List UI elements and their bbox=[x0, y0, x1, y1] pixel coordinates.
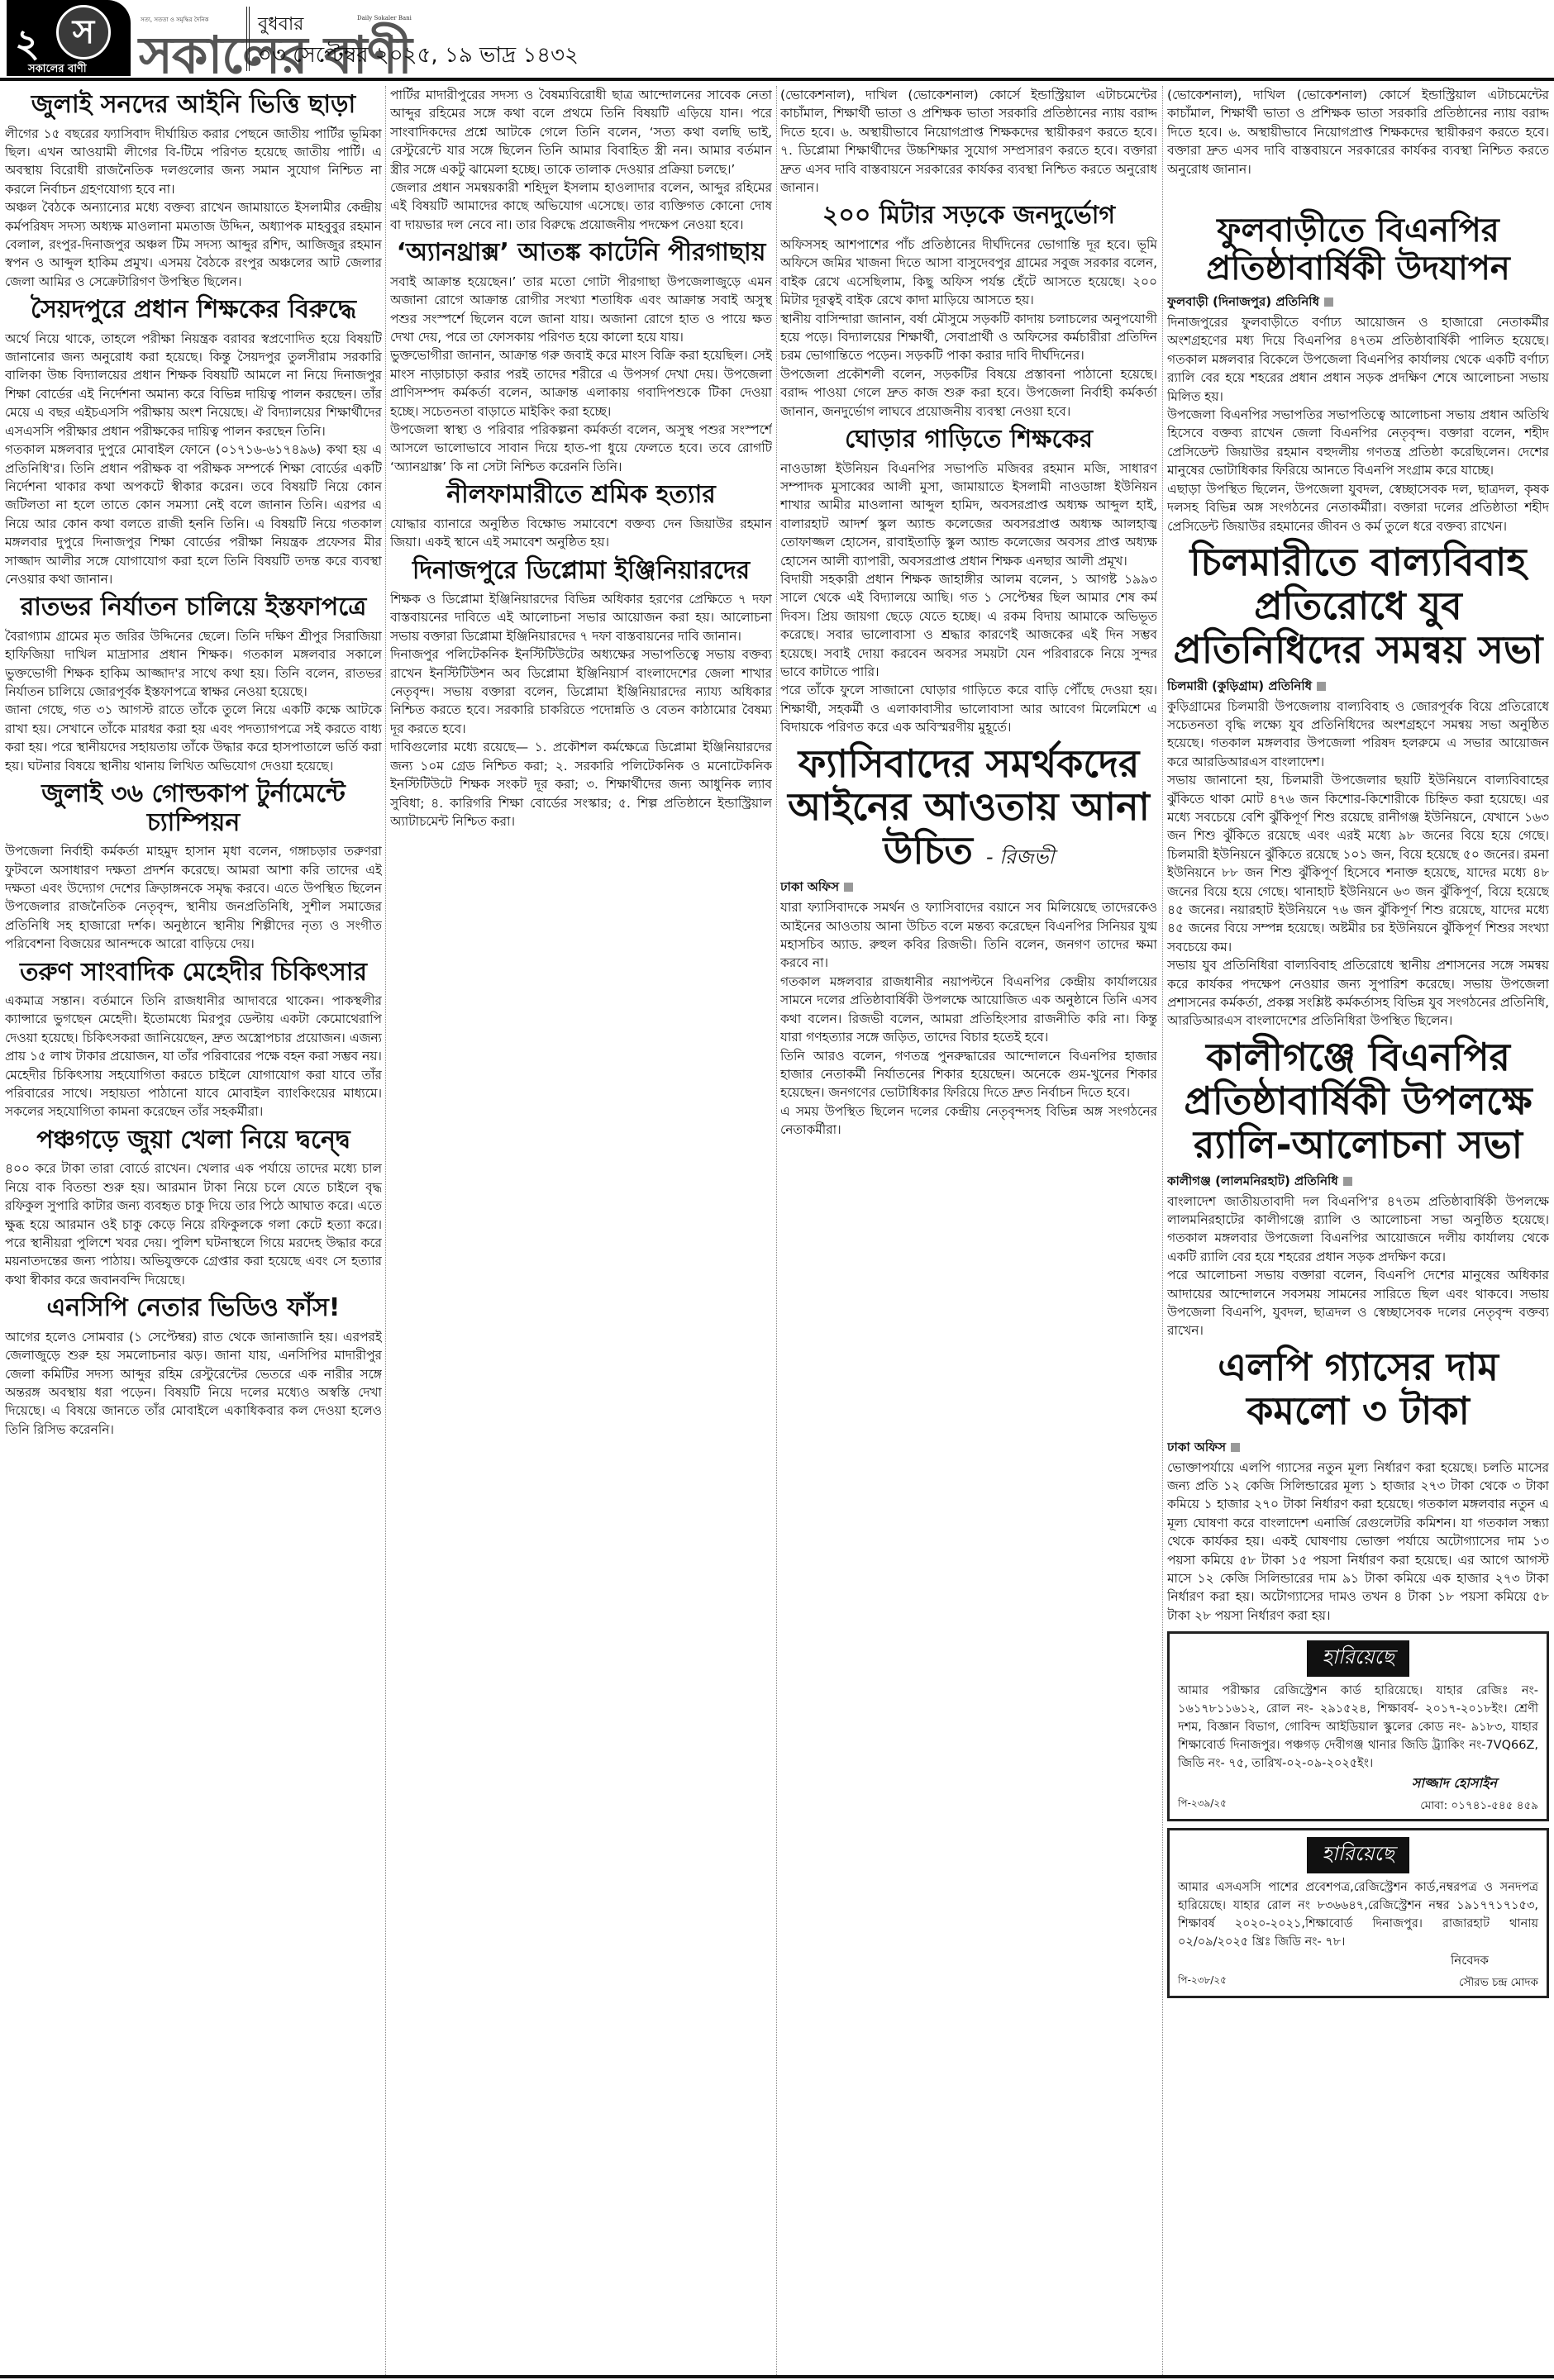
headline: দিনাজপুরে ডিপ্লোমা ইঞ্জিনিয়ারদের bbox=[390, 557, 772, 586]
logo-caption: সকালের বাণী bbox=[28, 61, 87, 79]
byline-square-icon bbox=[844, 883, 853, 892]
column-1: জুলাই সনদের আইনি ভিত্তি ছাড়া লীগের ১৫ ব… bbox=[5, 86, 382, 2377]
issue-date: ০৩ সেপ্টেম্বর ২০২৫, ১৯ ভাদ্র ১৪৩২ bbox=[258, 38, 579, 74]
article-body: অর্থে নিয়ে থাকে, তাহলে পরীক্ষা নিয়ন্ত্… bbox=[5, 330, 382, 589]
headline: পঞ্চগড়ে জুয়া খেলা নিয়ে দ্বন্দ্বে bbox=[5, 1126, 382, 1155]
paragraph: শিক্ষক ও ডিপ্লোমা ইঞ্জিনিয়ারদের বিভিন্ন… bbox=[390, 590, 772, 645]
article-goldcup-champion: জুলাই ৩৬ গোল্ডকাপ টুর্নামেন্টে চ্যাম্পিয… bbox=[5, 780, 382, 953]
article-body: একমাত্র সন্তান। বর্তমানে তিনি রাজধানীর আ… bbox=[5, 992, 382, 1121]
paragraph: পার্টির মাদারীপুরের সদস্য ও বৈষম্যবিরোধী… bbox=[390, 86, 772, 178]
paragraph: সভায় জানানো হয়, চিলমারী উপজেলার ছয়টি … bbox=[1167, 771, 1549, 956]
article-body: আগের হলেও সোমবার (১ সেপ্টেম্বর) রাত থেকে… bbox=[5, 1328, 382, 1439]
page-number-tab: ২ স সকালের বাণী bbox=[7, 0, 131, 76]
ad-text: আমার এসএসসি পাশের প্রবেশপত্র,রেজিস্ট্রেশ… bbox=[1178, 1878, 1538, 1951]
ad-signer: সৌরভ চন্দ্র মোদক bbox=[1459, 1973, 1538, 1992]
article-fulbari-bnp: ফুলবাড়ীতে বিএনপির প্রতিষ্ঠাবার্ষিকী উদয… bbox=[1167, 212, 1549, 535]
byline-square-icon bbox=[1343, 1177, 1352, 1186]
byline: কালীগঞ্জ (লালমনিরহাট) প্রতিনিধি bbox=[1167, 1172, 1549, 1192]
article-dinajpur-diploma-engineers: দিনাজপুরে ডিপ্লোমা ইঞ্জিনিয়ারদের শিক্ষক… bbox=[390, 557, 772, 831]
byline-square-icon bbox=[1324, 297, 1333, 307]
paragraph: নাওডাঙ্গা ইউনিয়ন বিএনপির সভাপতি মজিবর র… bbox=[780, 459, 1157, 570]
article-diploma-continued: (ভোকেশনাল), দাখিল (ভোকেশনাল) কোর্সে ইন্ড… bbox=[780, 86, 1157, 197]
paragraph: এ সময় উপস্থিত ছিলেন দলের কেন্দ্রীয় নেত… bbox=[780, 1102, 1157, 1140]
ad-title: হারিয়েছে bbox=[1307, 1640, 1409, 1677]
article-body: বৈরাগ্যাম গ্রামের মৃত জরির উদ্দিনের ছেলে… bbox=[5, 627, 382, 775]
article-panchagarh-gambling: পঞ্চগড়ে জুয়া খেলা নিয়ে দ্বন্দ্বে ৪০০ … bbox=[5, 1126, 382, 1289]
paragraph: দিনাজপুরের ফুলবাড়ীতে বর্ণাঢ্য আয়োজন ও … bbox=[1167, 313, 1549, 406]
article-body: সবাই আক্রান্ত হয়েছেন।’ তার মতো গোটা পীর… bbox=[390, 273, 772, 476]
byline-text: ঢাকা অফিস bbox=[780, 879, 839, 894]
paragraph: ৪০০ করে টাকা তারা বোর্ডে রাখেন। খেলার এক… bbox=[5, 1159, 382, 1289]
article-body: (ভোকেশনাল), দাখিল (ভোকেশনাল) কোর্সে ইন্ড… bbox=[780, 86, 1157, 197]
paragraph: দিনাজপুর পলিটেকনিক ইনস্টিটিউটের অধ্যক্ষে… bbox=[390, 645, 772, 738]
masthead-divider bbox=[246, 7, 250, 71]
paragraph: সবাই আক্রান্ত হয়েছেন।’ তার মতো গোটা পীর… bbox=[390, 273, 772, 347]
headline: এনসিপি নেতার ভিডিও ফাঁস! bbox=[5, 1294, 382, 1323]
logo-icon: স bbox=[56, 5, 111, 59]
article-body: উপজেলা নির্বাহী কর্মকর্তা মাহমুদ হাসান ম… bbox=[5, 842, 382, 953]
paragraph: (ভোকেশনাল), দাখিল (ভোকেশনাল) কোর্সে ইন্ড… bbox=[1167, 86, 1549, 178]
byline-text: ঢাকা অফিস bbox=[1167, 1440, 1226, 1454]
byline: ঢাকা অফিস bbox=[780, 878, 1157, 898]
paragraph: উপজেলা নির্বাহী কর্মকর্তা মাহমুদ হাসান ম… bbox=[5, 842, 382, 953]
paragraph: গতকাল মঙ্গলবার দুপুরে মোবাইল ফোনে (০১৭১৬… bbox=[5, 440, 382, 588]
article-body: পার্টির মাদারীপুরের সদস্য ও বৈষম্যবিরোধী… bbox=[390, 86, 772, 234]
byline-square-icon bbox=[1317, 682, 1326, 691]
article-body: যারা ফ্যাসিবাদকে সমর্থন ও ফ্যাসিবাদের বয… bbox=[780, 898, 1157, 1139]
paragraph: কুড়িগ্রামের চিলমারী উপজেলায় বাল্যবিবাহ… bbox=[1167, 697, 1549, 772]
headline: রাতভর নির্যাতন চালিয়ে ইস্তফাপত্রে bbox=[5, 593, 382, 622]
paragraph: গতকাল মঙ্গলবার রাজধানীর নয়াপল্টনে বিএনপ… bbox=[780, 973, 1157, 1047]
article-chilmari-child-marriage: চিলমারীতে বাল্যবিবাহ প্রতিরোধে যুব প্রতি… bbox=[1167, 540, 1549, 1031]
headline: জুলাই ৩৬ গোল্ডকাপ টুর্নামেন্টে চ্যাম্পিয… bbox=[5, 780, 382, 837]
ad-contact: মোবা: ০১৭৪১-৫৪৫ ৪৫৯ bbox=[1420, 1797, 1538, 1816]
masthead-rule bbox=[0, 78, 1554, 81]
headline: জুলাই সনদের আইনি ভিত্তি ছাড়া bbox=[5, 91, 382, 120]
paragraph: উপজেলা প্রকৌশলী বলেন, সড়কটির বিষয়ে প্র… bbox=[780, 365, 1157, 421]
byline-text: ফুলবাড়ী (দিনাজপুর) প্রতিনিধি bbox=[1167, 294, 1319, 309]
ad-title: হারিয়েছে bbox=[1307, 1837, 1409, 1873]
paragraph: জানা গেছে, গত ৩১ আগস্ট রাতে তাঁকে তুলে ন… bbox=[5, 701, 382, 775]
headline: ফুলবাড়ীতে বিএনপির প্রতিষ্ঠাবার্ষিকী উদয… bbox=[1167, 212, 1549, 288]
article-body: শিক্ষক ও ডিপ্লোমা ইঞ্জিনিয়ারদের বিভিন্ন… bbox=[390, 590, 772, 831]
headline: ‘অ্যানথ্রাক্স’ আতঙ্ক কাটেনি পীরগাছায় bbox=[390, 239, 772, 268]
paragraph: একমাত্র সন্তান। বর্তমানে তিনি রাজধানীর আ… bbox=[5, 992, 382, 1066]
headline: কালীগঞ্জে বিএনপির প্রতিষ্ঠাবার্ষিকী উপলক… bbox=[1167, 1035, 1549, 1167]
paragraph: সভায় যুব প্রতিনিধিরা বাল্যবিবাহ প্রতিরো… bbox=[1167, 956, 1549, 1031]
issue-day: বুধবার bbox=[258, 10, 303, 40]
headline: ফ্যাসিবাদের সমর্থকদের আইনের আওতায় আনা উ… bbox=[780, 742, 1157, 873]
column-divider bbox=[776, 86, 777, 2377]
paragraph: উপজেলা বিএনপির সভাপতির সভাপতিত্বে আলোচনা… bbox=[1167, 406, 1549, 480]
byline: ফুলবাড়ী (দিনাজপুর) প্রতিনিধি bbox=[1167, 293, 1549, 313]
article-journalist-treatment: তরুণ সাংবাদিক মেহেদীর চিকিৎসার একমাত্র স… bbox=[5, 959, 382, 1121]
article-overnight-torture: রাতভর নির্যাতন চালিয়ে ইস্তফাপত্রে বৈরাগ… bbox=[5, 593, 382, 775]
paragraph: জেলার প্রধান সমন্বয়কারী শহিদুল ইসলাম হা… bbox=[390, 178, 772, 234]
paragraph: তিনি আরও বলেন, গণতন্ত্র পুনরুদ্ধারের আন্… bbox=[780, 1047, 1157, 1102]
headline: তরুণ সাংবাদিক মেহেদীর চিকিৎসার bbox=[5, 959, 382, 988]
paragraph: স্থানীয় বাসিন্দারা জানান, বর্ষা মৌসুমে … bbox=[780, 310, 1157, 365]
article-anthrax-pirgachha: ‘অ্যানথ্রাক্স’ আতঙ্ক কাটেনি পীরগাছায় সব… bbox=[390, 239, 772, 476]
column-3: (ভোকেশনাল), দাখিল (ভোকেশনাল) কোর্সে ইন্ড… bbox=[780, 86, 1157, 2377]
paragraph: ভুক্তভোগীরা জানান, আক্রান্ত গরু জবাই করে… bbox=[390, 346, 772, 421]
headline: এলপি গ্যাসের দাম কমলো ৩ টাকা bbox=[1167, 1345, 1549, 1433]
paragraph: বিদায়ী সহকারী প্রধান শিক্ষক জাহাঙ্গীর আ… bbox=[780, 570, 1157, 681]
paragraph: এছাড়া উপস্থিত ছিলেন, উপজেলা যুবদল, স্বে… bbox=[1167, 480, 1549, 535]
article-july-charter: জুলাই সনদের আইনি ভিত্তি ছাড়া লীগের ১৫ ব… bbox=[5, 91, 382, 291]
article-horse-cart-teacher: ঘোড়ার গাড়িতে শিক্ষকের নাওডাঙ্গা ইউনিয়… bbox=[780, 426, 1157, 737]
paragraph: আগের হলেও সোমবার (১ সেপ্টেম্বর) রাত থেকে… bbox=[5, 1328, 382, 1439]
paragraph: উপজেলা স্বাস্থ্য ও পরিবার পরিকল্পনা কর্ম… bbox=[390, 421, 772, 476]
ad-signer: সাজ্জাদ হোসাইন bbox=[1178, 1773, 1497, 1795]
article-body: ৪০০ করে টাকা তারা বোর্ডে রাখেন। খেলার এক… bbox=[5, 1159, 382, 1289]
paragraph: ভোক্তাপর্যায়ে এলপি গ্যাসের নতুন মূল্য ন… bbox=[1167, 1459, 1549, 1626]
article-rizvi-fascism: ফ্যাসিবাদের সমর্থকদের আইনের আওতায় আনা উ… bbox=[780, 742, 1157, 1140]
column-2: পার্টির মাদারীপুরের সদস্য ও বৈষম্যবিরোধী… bbox=[390, 86, 772, 2377]
column-divider bbox=[1162, 86, 1163, 2377]
paragraph: বৈরাগ্যাম গ্রামের মৃত জরির উদ্দিনের ছেলে… bbox=[5, 627, 382, 702]
classified-lost-ad: হারিয়েছে আমার এসএসসি পাশের প্রবেশপত্র,র… bbox=[1167, 1828, 1549, 1998]
paragraph: যারা ফ্যাসিবাদকে সমর্থন ও ফ্যাসিবাদের বয… bbox=[780, 898, 1157, 973]
article-body: কুড়িগ্রামের চিলমারী উপজেলায় বাল্যবিবাহ… bbox=[1167, 697, 1549, 1031]
article-body: দিনাজপুরের ফুলবাড়ীতে বর্ণাঢ্য আয়োজন ও … bbox=[1167, 313, 1549, 535]
paragraph: বাংলাদেশ জাতীয়তাবাদী দল বিএনপি'র ৪৭তম প… bbox=[1167, 1192, 1549, 1267]
ad-signer-label: নিবেদক bbox=[1178, 1951, 1489, 1972]
headline-attribution: - রিজভী bbox=[986, 845, 1055, 869]
ad-code: পি-২৩৯/২৫ bbox=[1178, 1797, 1227, 1816]
article-body: লীগের ১৫ বছরের ফ্যাসিবাদ দীর্ঘায়িত করার… bbox=[5, 125, 382, 292]
paragraph: অঞ্চল বৈঠকে অন্যান্যের মধ্যে বক্তব্য রাখ… bbox=[5, 198, 382, 291]
article-lpg-price: এলপি গ্যাসের দাম কমলো ৩ টাকা ঢাকা অফিস ভ… bbox=[1167, 1345, 1549, 1625]
article-body: বাংলাদেশ জাতীয়তাবাদী দল বিএনপি'র ৪৭তম প… bbox=[1167, 1192, 1549, 1340]
paragraph: পরে আলোচনা সভায় বক্তারা বলেন, বিএনপি দে… bbox=[1167, 1266, 1549, 1340]
ad-code: পি-২৩৮/২৫ bbox=[1178, 1973, 1227, 1992]
headline: ঘোড়ার গাড়িতে শিক্ষকের bbox=[780, 426, 1157, 455]
byline-text: চিলমারী (কুড়িগ্রাম) প্রতিনিধি bbox=[1167, 678, 1312, 693]
article-nilphamari-worker-murder: নীলফামারীতে শ্রমিক হত্যার যোদ্ধার ব্যানা… bbox=[390, 481, 772, 551]
paragraph: লীগের ১৫ বছরের ফ্যাসিবাদ দীর্ঘায়িত করার… bbox=[5, 125, 382, 199]
article-200m-road: ২০০ মিটার সড়কে জনদুর্ভোগ অফিসসহ আশপাশের… bbox=[780, 202, 1157, 421]
masthead: ২ স সকালের বাণী সত্য, সততা ও সমৃদ্ধির দৈ… bbox=[0, 0, 1554, 76]
byline-text: কালীগঞ্জ (লালমনিরহাট) প্রতিনিধি bbox=[1167, 1173, 1338, 1188]
paragraph: দাবিগুলোর মধ্যে রয়েছে— ১. প্রকৌশল কর্মক… bbox=[390, 738, 772, 831]
article-ncp-video-continued: পার্টির মাদারীপুরের সদস্য ও বৈষম্যবিরোধী… bbox=[390, 86, 772, 234]
ad-text: আমার পরীক্ষার রেজিস্ট্রেশন কার্ড হারিয়ে… bbox=[1178, 1682, 1538, 1773]
page-bottom-rule bbox=[0, 2375, 1554, 2378]
headline-text: ফ্যাসিবাদের সমর্থকদের আইনের আওতায় আনা উ… bbox=[788, 741, 1150, 873]
headline: ২০০ মিটার সড়কে জনদুর্ভোগ bbox=[780, 202, 1157, 231]
column-4: (ভোকেশনাল), দাখিল (ভোকেশনাল) কোর্সে ইন্ড… bbox=[1167, 86, 1549, 2377]
paragraph: মেহেদীর চিকিৎসায় সহযোগিতা করতে চাইলে যো… bbox=[5, 1066, 382, 1121]
article-kaliganj-bnp: কালীগঞ্জে বিএনপির প্রতিষ্ঠাবার্ষিকী উপলক… bbox=[1167, 1035, 1549, 1340]
article-body: অফিসসহ আশপাশের পাঁচ প্রতিষ্ঠানের দীর্ঘদি… bbox=[780, 236, 1157, 421]
article-body: ভোক্তাপর্যায়ে এলপি গ্যাসের নতুন মূল্য ন… bbox=[1167, 1459, 1549, 1626]
byline: চিলমারী (কুড়িগ্রাম) প্রতিনিধি bbox=[1167, 677, 1549, 697]
article-body: নাওডাঙ্গা ইউনিয়ন বিএনপির সভাপতি মজিবর র… bbox=[780, 459, 1157, 737]
paragraph: যোদ্ধার ব্যানারে অনুষ্ঠিত বিক্ষোভ সমাবেশ… bbox=[390, 515, 772, 552]
headline: চিলমারীতে বাল্যবিবাহ প্রতিরোধে যুব প্রতি… bbox=[1167, 540, 1549, 672]
headline: সৈয়দপুরে প্রধান শিক্ষকের বিরুদ্ধে bbox=[5, 296, 382, 325]
paragraph: পরে তাঁকে ফুলে সাজানো ঘোড়ার গাড়িতে করে… bbox=[780, 681, 1157, 736]
paragraph: অর্থে নিয়ে থাকে, তাহলে পরীক্ষা নিয়ন্ত্… bbox=[5, 330, 382, 440]
paragraph: অফিসসহ আশপাশের পাঁচ প্রতিষ্ঠানের দীর্ঘদি… bbox=[780, 236, 1157, 310]
article-saidpur-headteacher: সৈয়দপুরে প্রধান শিক্ষকের বিরুদ্ধে অর্থে… bbox=[5, 296, 382, 588]
article-body: (ভোকেশনাল), দাখিল (ভোকেশনাল) কোর্সে ইন্ড… bbox=[1167, 86, 1549, 178]
article-diploma-continued-2: (ভোকেশনাল), দাখিল (ভোকেশনাল) কোর্সে ইন্ড… bbox=[1167, 86, 1549, 178]
byline-square-icon bbox=[1231, 1443, 1240, 1452]
column-divider bbox=[385, 86, 386, 2377]
byline: ঢাকা অফিস bbox=[1167, 1438, 1549, 1459]
classified-lost-ad: হারিয়েছে আমার পরীক্ষার রেজিস্ট্রেশন কার… bbox=[1167, 1631, 1549, 1821]
article-body: যোদ্ধার ব্যানারে অনুষ্ঠিত বিক্ষোভ সমাবেশ… bbox=[390, 515, 772, 552]
headline: নীলফামারীতে শ্রমিক হত্যার bbox=[390, 481, 772, 510]
article-ncp-video: এনসিপি নেতার ভিডিও ফাঁস! আগের হলেও সোমবা… bbox=[5, 1294, 382, 1439]
paragraph: (ভোকেশনাল), দাখিল (ভোকেশনাল) কোর্সে ইন্ড… bbox=[780, 86, 1157, 197]
